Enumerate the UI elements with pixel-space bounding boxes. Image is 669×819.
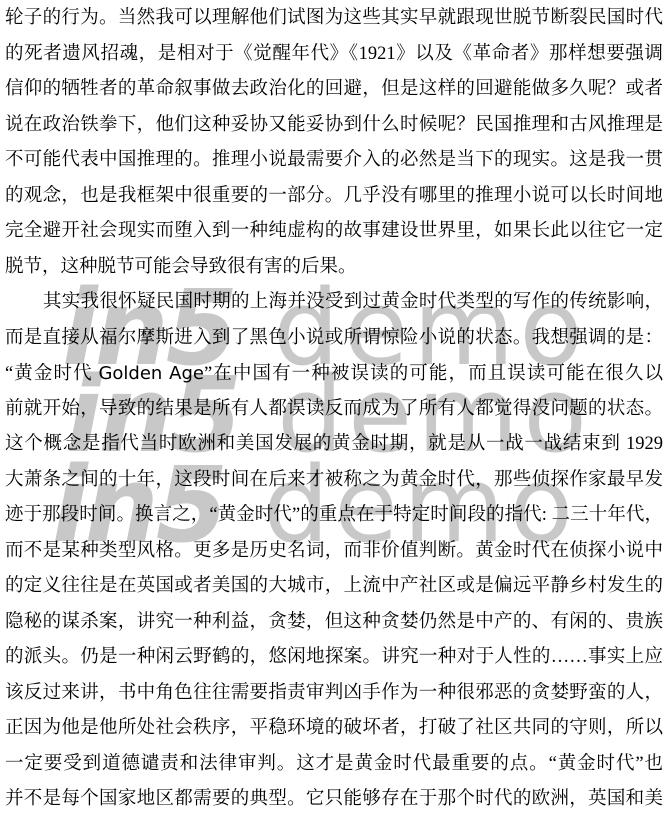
text-line: 完全避开社会现实而堕入到一种纯虚构的故事建设世界里，如果长此以往它一定 bbox=[5, 214, 663, 250]
text-line: 说在政治铁拳下，他们这种妥协又能妥协到什么时候呢？民国推理和古风推理是 bbox=[5, 108, 663, 144]
text-line: 大萧条之间的十年，这段时间在后来才被称之为黄金时代，那些侦探作家最早发 bbox=[5, 463, 663, 499]
text-line: 不可能代表中国推理的。推理小说最需要介入的必然是当下的现实。这是我一贯 bbox=[5, 143, 663, 179]
text-line: 正因为他是他所处社会秩序，平稳环境的破坏者，打破了社区共同的守则，所以 bbox=[5, 711, 663, 747]
text-line: 并不是每个国家地区都需要的典型。它只能够存在于那个时代的欧洲，英国和美 bbox=[5, 782, 663, 818]
text-line: 轮子的行为。当然我可以理解他们试图为这些其实早就跟现世脱节断裂民国时代 bbox=[5, 1, 663, 37]
text-line: 的派头。仍是一种闲云野鹤的，悠闲地探案。讲究一种对于人性的……事实上应 bbox=[5, 640, 663, 676]
text-line: 迹于那段时间。换言之，“黄金时代”的重点在于特定时间段的指代: 二三十年代， bbox=[5, 498, 663, 534]
text-line: 的死者遗风招魂，是相对于《觉醒年代》《1921》以及《革命者》那样想要强调 bbox=[5, 37, 663, 73]
text-line: 该反过来讲，书中角色往往需要指责审判凶手作为一种很邪恶的贪婪野蛮的人， bbox=[5, 676, 663, 712]
text-line: 信仰的牺牲者的革命叙事做去政治化的回避，但是这样的回避能做多久呢？或者 bbox=[5, 72, 663, 108]
text-line: 而是直接从福尔摩斯进入到了黑色小说或所谓惊险小说的状态。我想强调的是： bbox=[5, 321, 663, 357]
text-line: 这个概念是指代当时欧洲和美国发展的黄金时期，就是从一战一战结束到 1929 bbox=[5, 427, 663, 463]
document-text: 轮子的行为。当然我可以理解他们试图为这些其实早就跟现世脱节断裂民国时代的死者遗风… bbox=[5, 1, 663, 818]
text-line: 其实我很怀疑民国时期的上海并没受到过黄金时代类型的写作的传统影响， bbox=[5, 285, 663, 321]
text-line: 的观念，也是我框架中很重要的一部分。几乎没有哪里的推理小说可以长时间地 bbox=[5, 179, 663, 215]
text-line: 前就开始，导致的结果是所有人都误读反而成为了所有人都觉得没问题的状态。 bbox=[5, 392, 663, 428]
text-line: 隐秘的谋杀案，讲究一种利益，贪婪，但这种贪婪仍然是中产的、有闲的、贵族 bbox=[5, 605, 663, 641]
text-segment: “黄金时代 bbox=[5, 364, 98, 384]
text-line: 而不是某种类型风格。更多是历史名词，而非价值判断。黄金时代在侦探小说中 bbox=[5, 534, 663, 570]
text-line: “黄金时代 Golden Age”在中国有一种被误读的可能，而且误读可能在很久以 bbox=[5, 356, 663, 392]
text-line: 一定要受到道德谴责和法律审判。这才是黄金时代最重要的点。“黄金时代”也 bbox=[5, 747, 663, 783]
text-segment-latin: Golden Age bbox=[98, 363, 204, 384]
text-line: 的定义往往是在英国或者美国的大城市，上流中产社区或是偏远平静乡村发生的 bbox=[5, 569, 663, 605]
text-line: 脱节，这种脱节可能会导致很有害的后果。 bbox=[5, 250, 663, 286]
document-page: in5 demoin5 demoin5 demo 轮子的行为。当然我可以理解他们… bbox=[0, 0, 669, 819]
text-segment: ”在中国有一种被误读的可能，而且误读可能在很久以 bbox=[204, 364, 663, 384]
